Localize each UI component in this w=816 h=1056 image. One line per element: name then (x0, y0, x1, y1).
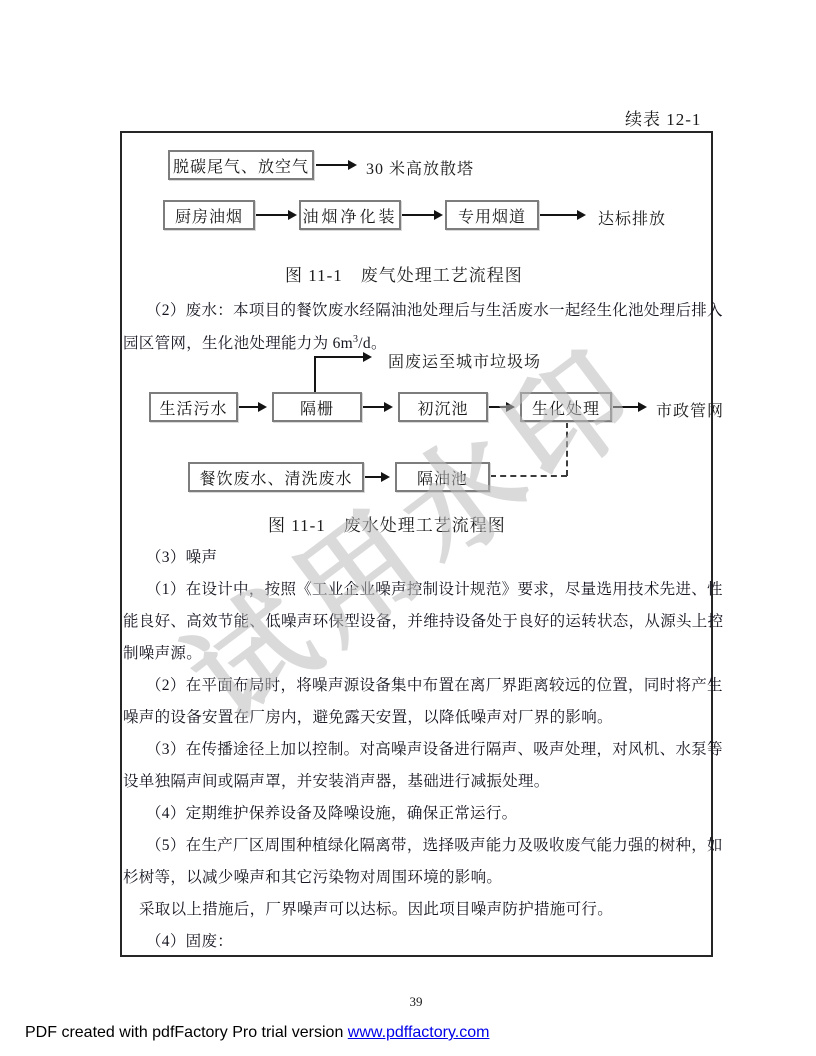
noise-line: （1）在设计中，按照《工业企业噪声控制设计规范》要求，尽量选用技术先进、性 (146, 577, 723, 599)
arrow-head-icon (348, 160, 357, 170)
arrow-shaft (612, 406, 638, 408)
wastewater-paragraph-line1: （2）废水：本项目的餐饮废水经隔油池处理后与生活废水一起经生化池处理后排入 (146, 298, 723, 320)
flow-label-solid-waste-to-landfill: 固废运至城市垃圾场 (388, 349, 541, 372)
dashed-connector (490, 475, 567, 477)
arrow-head-icon (288, 210, 297, 220)
pdffactory-link[interactable]: www.pdffactory.com (348, 1024, 490, 1041)
flow-label-municipal-network: 市政管网 (656, 398, 724, 421)
arrow-shaft (362, 406, 384, 408)
flow-node-grease-trap: 隔油池 (395, 462, 490, 492)
flow-node-biochemical-treatment: 生化处理 (520, 392, 612, 422)
arrow-head-icon (506, 402, 515, 412)
pdf-creator-text: PDF created with pdfFactory Pro trial ve… (25, 1024, 348, 1041)
flow-label-stack: 30 米高放散塔 (366, 156, 474, 179)
pdf-creator-note: PDF created with pdfFactory Pro trial ve… (25, 1024, 489, 1042)
arrow-head-icon (381, 472, 390, 482)
flow-node-decarb-tailgas: 脱碳尾气、放空气 (168, 150, 314, 180)
flow-node-bar-screen: 隔栅 (272, 392, 362, 422)
noise-line: 噪声的设备安置在厂房内，避免露天安置，以降低噪声对厂界的影响。 (123, 705, 613, 727)
arrow-shaft (255, 214, 288, 216)
noise-conclusion-line: 采取以上措施后，厂界噪声可以达标。因此项目噪声防护措施可行。 (139, 897, 613, 919)
arrow-head-icon (384, 402, 393, 412)
arrow-shaft (539, 214, 577, 216)
noise-line: （2）在平面布局时，将噪声源设备集中布置在离厂界距离较远的位置，同时将产生 (146, 673, 723, 695)
arrow-head-icon (258, 402, 267, 412)
noise-line: （4）定期维护保养设备及降噪设施，确保正常运行。 (146, 801, 517, 823)
solid-waste-heading: （4）固废： (146, 929, 233, 951)
flow-node-fume-purifier: 油烟净化装 (299, 200, 401, 230)
arrow-shaft (238, 406, 258, 408)
gas-flowchart-caption: 图 11-1 废气处理工艺流程图 (285, 261, 523, 286)
branch-line (314, 357, 316, 392)
document-page: 续表 12-1 脱碳尾气、放空气 30 米高放散塔 厨房油烟 油烟净化装 专用烟… (0, 0, 816, 1056)
flow-node-catering-wastewater: 餐饮废水、清洗废水 (188, 462, 364, 492)
noise-line: 设单独隔声间或隔声罩，并安装消声器，基础进行减振处理。 (123, 769, 550, 791)
noise-heading: （3）噪声 (146, 545, 217, 567)
arrow-shaft (488, 406, 506, 408)
dashed-connector (566, 422, 568, 476)
arrow-head-icon (363, 352, 372, 362)
noise-line: 杉树等，以减少噪声和其它污染物对周围环境的影响。 (123, 865, 502, 887)
continuation-table-label: 续表 12-1 (625, 105, 701, 130)
noise-line: （3）在传播途径上加以控制。对高噪声设备进行隔声、吸声处理，对风机、水泵等 (146, 737, 723, 759)
wastewater-line2-prefix: 园区管网，生化池处理能力为 6m (123, 335, 353, 352)
page-number: 39 (120, 994, 712, 1010)
arrow-head-icon (577, 210, 586, 220)
arrow-shaft (314, 356, 363, 358)
flow-label-compliant-discharge: 达标排放 (598, 206, 666, 229)
water-flowchart-caption: 图 11-1 废水处理工艺流程图 (268, 511, 506, 536)
arrow-shaft (364, 476, 381, 478)
flow-node-primary-sedimentation: 初沉池 (398, 392, 488, 422)
wastewater-line2-suffix: /d。 (358, 335, 386, 352)
noise-line: 能良好、高效节能、低噪声环保型设备，并维持设备处于良好的运转状态，从源头上控 (123, 609, 723, 631)
arrow-head-icon (638, 402, 647, 412)
arrow-shaft (316, 164, 348, 166)
noise-line: 制噪声源。 (123, 641, 202, 663)
noise-line: （5）在生产厂区周围种植绿化隔离带，选择吸声能力及吸收废气能力强的树种，如 (146, 833, 723, 855)
flow-node-domestic-sewage: 生活污水 (149, 392, 238, 422)
flow-node-dedicated-duct: 专用烟道 (445, 200, 539, 230)
arrow-shaft (401, 214, 434, 216)
flow-node-kitchen-fume: 厨房油烟 (163, 200, 255, 230)
wastewater-paragraph-line2: 园区管网，生化池处理能力为 6m3/d。 (123, 331, 387, 353)
arrow-head-icon (434, 210, 443, 220)
